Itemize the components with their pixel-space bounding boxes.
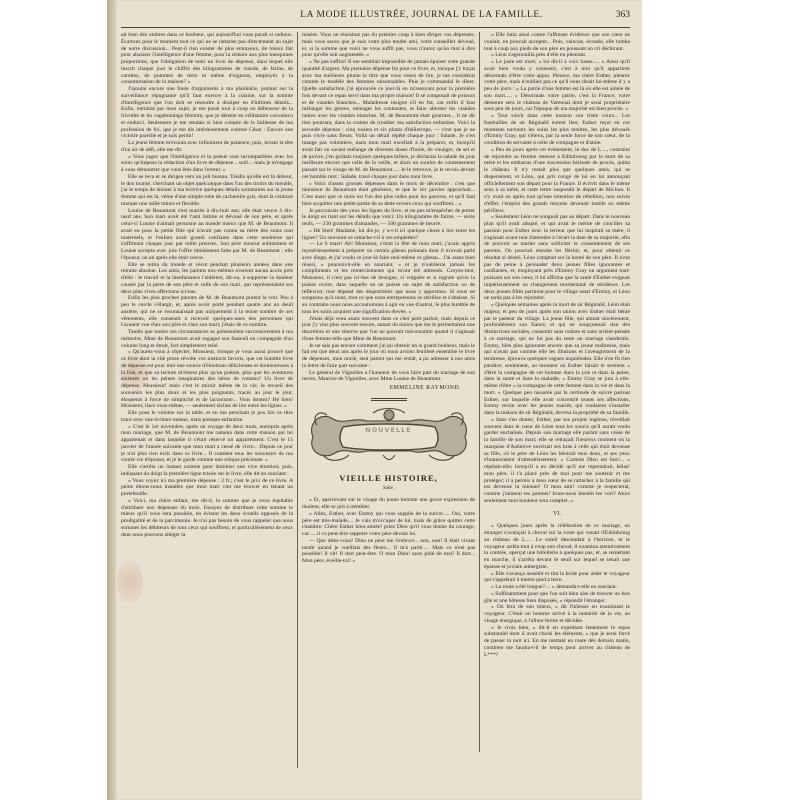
newspaper-page: LA MODE ILLUSTRÉE, JOURNAL DE LA FAMILLE… (107, 0, 642, 800)
paragraph: « Le juste est mort, » lui dit-il à voix… (484, 59, 630, 113)
paragraph: « Sans s'en douter, Esther, par ses proj… (484, 417, 630, 505)
paragraph: Louise de Beaumont s'est mariée à dix-hu… (121, 208, 293, 262)
paragraph: La jeune femme m'écouta avec infiniment … (121, 140, 293, 154)
paragraph: Je parcourais des yeux les lignes du liv… (302, 208, 475, 228)
chapter-heading: VI. (484, 511, 630, 518)
page-binding-edge (107, 0, 116, 800)
paragraph: Elle se leva et se dirigea vers un joli … (121, 174, 293, 208)
paragraph: « On fera de son mieux, » dit l'hôtesse … (484, 604, 630, 624)
paragraph: « Quelques jours après la célébration de… (484, 523, 630, 570)
paragraph: Je ne sais pas encore comment j'ai pu ob… (302, 343, 475, 370)
column-1: ait bien des ombres dans ce bonheur, qui… (121, 32, 293, 768)
paragraph: J'ajoutai encore une foule d'arguments à… (121, 86, 293, 140)
paragraph: « Suffisamment pour que l'on soit bien a… (484, 591, 630, 605)
paragraph: — Que dites-vous? Dieu ne peut me l'enle… (302, 538, 475, 565)
column-3: « Elle lutta ainsi contre l'affreuse évi… (484, 32, 630, 712)
paragraph: — Le 6 mars! Ah! Monsieur, c'était la fê… (302, 241, 475, 315)
paragraph: Enfin les plus proches parents de M. de … (121, 295, 293, 329)
story-subtitle: Suite. (302, 486, 475, 493)
paragraph: « La route a été longue?.... » demanda-t… (484, 584, 630, 591)
paragraph: « Quelques semaines après la mort de sir… (484, 302, 630, 417)
paragraph: « Voici, ma chère enfant, me dit-il, la … (121, 498, 293, 539)
page-number: 363 (616, 10, 630, 20)
rococo-cartouche-icon (303, 405, 475, 467)
paragraph: « Ne pas suffire! Il me semblait impossi… (302, 59, 475, 181)
paragraph: « Vous voyez ici ma première dépense : 2… (121, 478, 293, 498)
column-divider (479, 32, 480, 752)
paragraph: « Peu de jours après cet événement, le d… (484, 147, 630, 215)
paragraph: ait bien des ombres dans ce bonheur, qui… (121, 32, 293, 86)
paragraph: Elle se retira du monde et vécut pendant… (121, 262, 293, 296)
paragraph: « Elle s'avança aussitôt et tint la brid… (484, 571, 630, 585)
paragraph: « Qu'aurez-vous à objecter, Monsieur, lo… (121, 349, 293, 410)
section-separator (371, 398, 407, 401)
paragraph: « Léon s'agenouilla près d'elle en pleur… (484, 52, 630, 59)
paragraph: « Tout suivit dans cette maison son tris… (484, 113, 630, 147)
story-title: VIEILLE HISTOIRE, (302, 475, 475, 482)
masthead-title: LA MODE ILLUSTRÉE, JOURNAL DE LA FAMILLE… (219, 10, 624, 20)
nouvelle-ornament-banner: NOUVELLE (303, 405, 475, 467)
paragraph: « Allez, Esther, avec Emmy qui vous supp… (302, 511, 475, 538)
paragraph: « Je crois bien, » dit-il en expédiant l… (484, 625, 630, 659)
ornament-label: NOUVELLE (303, 427, 475, 434)
paragraph: Le général de Vignolles a l'honneur de v… (302, 370, 475, 384)
paragraph: « Voici d'assez grosses dépenses dans le… (302, 181, 475, 208)
paragraph: « Seulement Léon ne songeait pas au dépa… (484, 214, 630, 302)
paragraph: Tandis que toutes ces circonstances se p… (121, 329, 293, 349)
column-2: misère. Vous ne réussirez pas du premier… (302, 32, 475, 792)
paragraph: « Elle lutta ainsi contre l'affreuse évi… (484, 32, 630, 52)
paragraph: Elle s'arrêta un instant comme pour domi… (121, 464, 293, 478)
author-signature: EMMELINE RAYMOND. (302, 385, 475, 392)
paragraph: « C'est le 1er novembre, après un voyage… (121, 424, 293, 465)
paragraph: misère. Vous ne réussirez pas du premier… (302, 32, 475, 59)
paragraph: « Et, apercevant sur le visage du jeune … (302, 497, 475, 511)
paragraph: « Vous jugez que l'intelligence et la po… (121, 154, 293, 174)
paragraph: Elle posa le volume sur la table, et en … (121, 410, 293, 424)
column-divider (297, 32, 298, 768)
paragraph: « Hé bien! Madame, lui dis-je, y a-t-il … (302, 228, 475, 242)
header-rule (121, 27, 630, 28)
paragraph: J'étais déjà venu assez souvent dans ce … (302, 316, 475, 343)
